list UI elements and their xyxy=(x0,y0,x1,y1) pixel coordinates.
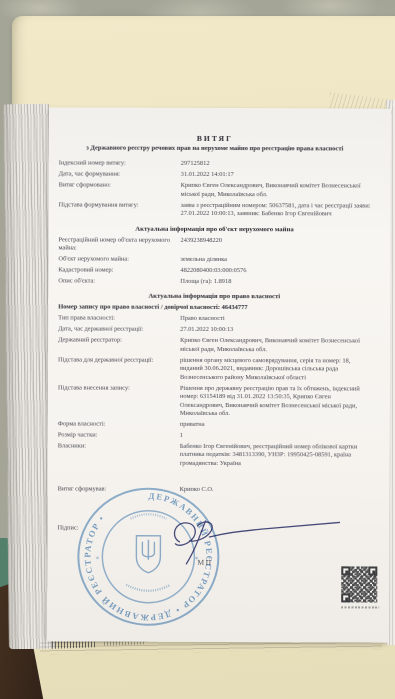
record-number-line: Номер запису про право власності / довір… xyxy=(58,304,370,312)
row-value: Крипко Євген Олександрович, Виконавчий к… xyxy=(181,182,371,200)
row-value: Площа (га): 1.8918 xyxy=(180,278,370,287)
row-label: Підстава внесення запису: xyxy=(58,384,170,393)
row-label: Розмір частки: xyxy=(58,431,170,440)
section-heading-object: Актуальна інформація про об'єкт нерухомо… xyxy=(58,225,370,233)
row-label: Індексний номер витягу: xyxy=(59,160,171,169)
row-value: приватна xyxy=(180,421,370,430)
trident-emblem-icon xyxy=(136,536,160,573)
row-value: 2439238948220 xyxy=(180,237,370,246)
row-label: Підстава формування витягу: xyxy=(59,201,171,210)
row-label: Дата, час формування: xyxy=(59,171,171,180)
row-value: заява з реєстраційним номером: 50637581,… xyxy=(181,202,371,220)
row-value: 31.01.2022 14:01:17 xyxy=(181,171,371,180)
info-row: Власники: Бабенко Ігор Євгенійович, реєс… xyxy=(58,442,370,468)
info-row: Форма власності: приватна xyxy=(58,420,370,430)
row-value: Крипко Євген Олександрович, Виконавчий к… xyxy=(180,337,370,355)
row-value: Рішення про державну реєстрацію прав та … xyxy=(180,384,370,418)
info-row: Дата, час державної реєстрації: 27.01.20… xyxy=(58,326,370,336)
row-label: Підстава для державної реєстрації: xyxy=(58,356,170,365)
info-row: Підстава внесення запису: Рішення про де… xyxy=(58,384,370,419)
info-row: Підстава формування витягу: заява з реєс… xyxy=(59,201,371,219)
info-row: Реєстраційний номер об'єкта нерухомого м… xyxy=(58,236,370,254)
svg-text:*: * xyxy=(95,555,99,564)
row-label: Форма власності: xyxy=(58,420,170,429)
info-row: Тип права власності: Право власності xyxy=(58,315,370,325)
row-value: 297125812 xyxy=(181,160,371,169)
signature-ink-icon xyxy=(163,506,343,571)
doc-subtitle: з Державного реєстру речових прав на нер… xyxy=(59,144,371,154)
photo-of-document: { "photo": { "colors": { "wallpaper": "#… xyxy=(0,0,395,699)
row-label: Кадастровий номер: xyxy=(58,266,170,275)
qr-finder-icon xyxy=(341,566,350,575)
document-sheet: ВИТЯГ з Державного реєстру речових прав … xyxy=(47,107,391,642)
info-row: Витяг сформовано: Крипко Євген Олександр… xyxy=(59,182,371,200)
info-row: Кадастровий номер: 4822080400:03:000:057… xyxy=(58,266,370,276)
row-label: Об'єкт нерухомого майна: xyxy=(58,256,170,265)
info-row: Дата, час формування: 31.01.2022 14:01:1… xyxy=(59,171,371,181)
info-row: Об'єкт нерухомого майна: земельна ділянк… xyxy=(58,256,370,266)
info-row: Індексний номер витягу: 297125812 xyxy=(59,160,371,170)
row-label: Витяг сформовано: xyxy=(59,182,171,191)
info-row: Розмір частки: 1 xyxy=(58,431,370,441)
row-label: Реєстраційний номер об'єкта нерухомого м… xyxy=(58,236,170,253)
row-label: Опис об'єкта: xyxy=(58,277,170,286)
qr-finder-icon xyxy=(341,593,350,602)
row-label: Тип права власності: xyxy=(58,315,170,324)
row-value: земельна ділянка xyxy=(180,256,370,265)
info-row: Опис об'єкта: Площа (га): 1.8918 xyxy=(58,277,370,287)
row-label: Власники: xyxy=(58,442,170,451)
info-row: Державний реєстратор: Крипко Євген Олекс… xyxy=(58,337,370,355)
qr-finder-icon xyxy=(368,567,377,576)
section-heading-ownership: Актуальна інформація про право власності xyxy=(58,293,370,301)
row-value: рішення органу місцевого самоврядування,… xyxy=(180,357,370,383)
row-label: Державний реєстратор: xyxy=(58,337,170,346)
qr-code-icon xyxy=(341,566,377,602)
qr-caption-microtext xyxy=(341,606,379,608)
doc-title: ВИТЯГ xyxy=(59,133,371,143)
row-label: Дата, час державної реєстрації: xyxy=(58,326,170,335)
row-value: 27.01.2022 10:00:13 xyxy=(180,326,370,335)
row-value: Бабенко Ігор Євгенійович, реєстраційний … xyxy=(180,443,370,469)
row-value: 1 xyxy=(180,432,370,441)
row-value: Право власності xyxy=(180,315,370,324)
row-value: 4822080400:03:000:0576 xyxy=(180,267,370,276)
info-row: Підстава для державної реєстрації: рішен… xyxy=(58,356,370,382)
